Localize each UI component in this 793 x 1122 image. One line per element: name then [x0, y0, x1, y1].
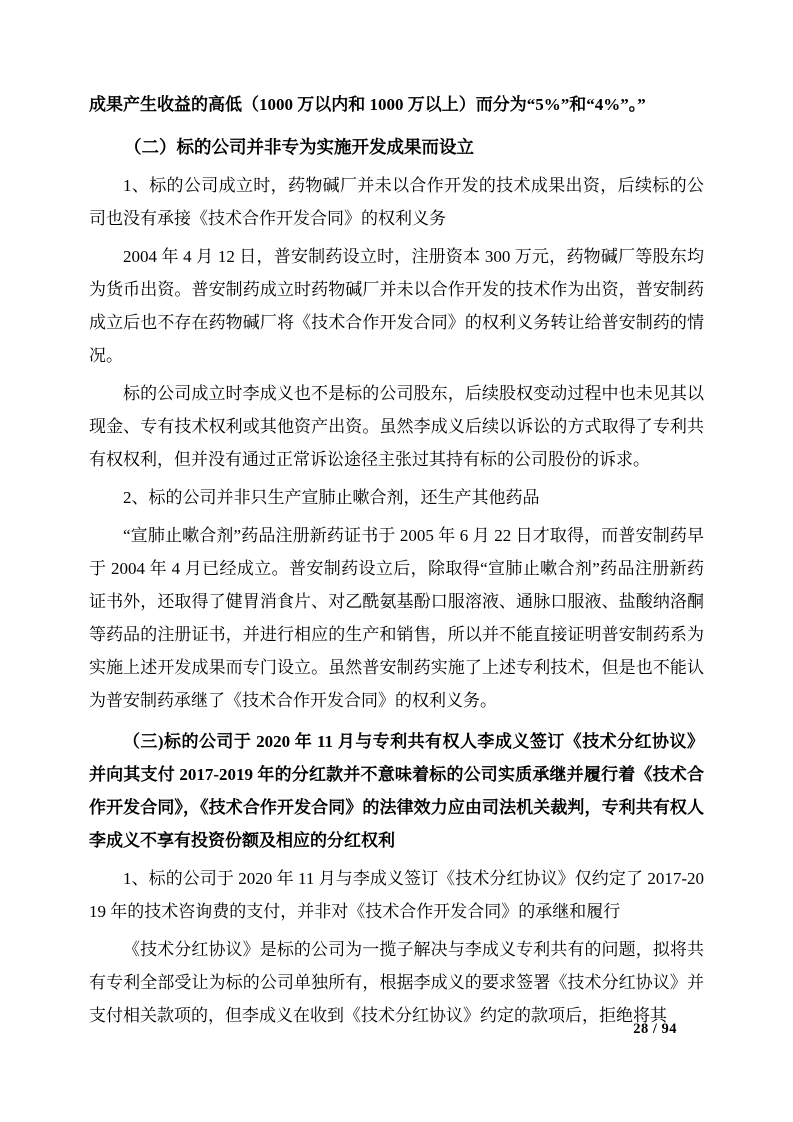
section-2-point-1-paragraph-2: 标的公司成立时李成义也不是标的公司股东，后续股权变动过程中也未见其以现金、专有技… [89, 377, 704, 476]
section-2-point-1-paragraph-1: 2004 年 4 月 12 日，普安制药设立时，注册资本 300 万元，药物碱厂… [89, 240, 704, 372]
section-3-point-1-paragraph-1: 《技术分红协议》是标的公司为一揽子解决与李成义专利共有的问题，拟将共有专利全部受… [89, 933, 704, 1032]
section-2-point-2-paragraph-1: “宣肺止嗽合剂”药品注册新药证书于 2005 年 6 月 22 日才取得，而普安… [89, 519, 704, 717]
page-number: 28 / 94 [633, 1021, 677, 1038]
section-2-heading: （二）标的公司并非专为实施开发成果而设立 [89, 131, 704, 164]
document-page: 成果产生收益的高低（1000 万以内和 1000 万以上）而分为“5%”和“4%… [0, 0, 793, 1122]
continued-paragraph: 成果产生收益的高低（1000 万以内和 1000 万以上）而分为“5%”和“4%… [89, 88, 704, 121]
section-3-heading: （三)标的公司于 2020 年 11 月与专利共有权人李成义签订《技术分红协议》… [89, 725, 704, 857]
section-3-point-1-title: 1、标的公司于 2020 年 11 月与李成义签订《技术分红协议》仅约定了 20… [89, 862, 704, 928]
section-2-point-2-title: 2、标的公司并非只生产宣肺止嗽合剂，还生产其他药品 [89, 481, 704, 514]
section-2-point-1-title: 1、标的公司成立时，药物碱厂并未以合作开发的技术成果出资，后续标的公司也没有承接… [89, 169, 704, 235]
